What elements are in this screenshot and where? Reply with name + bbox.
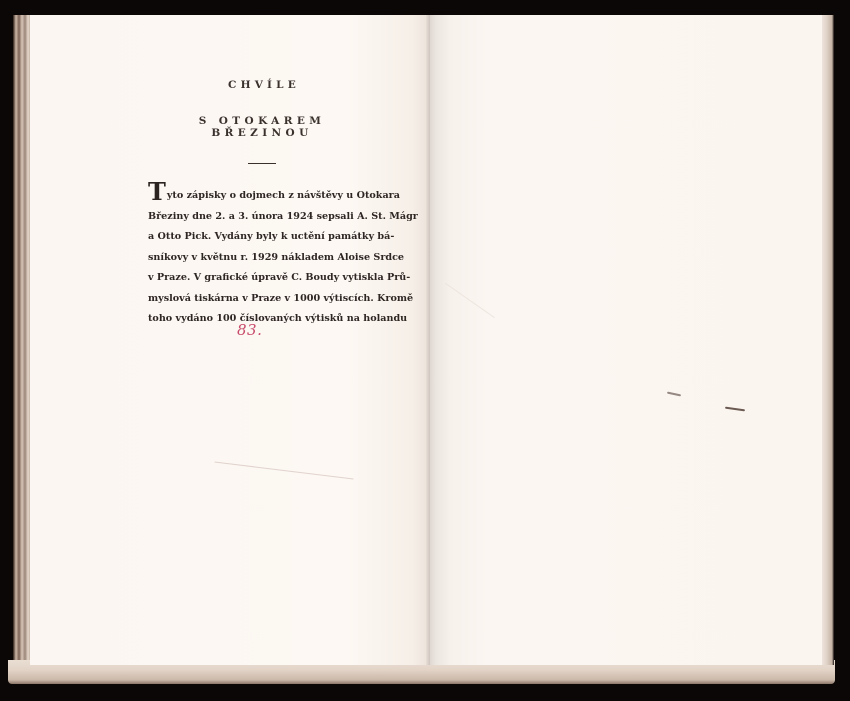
- page-block-edge-right: [820, 15, 834, 665]
- book-spread: CHVÍLE S OTOKAREM BŘEZINOU Tyto zápisky …: [0, 0, 850, 701]
- drop-cap: T: [148, 177, 166, 206]
- title-line-1: CHVÍLE: [148, 79, 376, 91]
- colophon-block: CHVÍLE S OTOKAREM BŘEZINOU Tyto zápisky …: [148, 75, 376, 330]
- colophon-line: v Praze. V grafické úpravě C. Boudy vyti…: [148, 268, 376, 289]
- book-gutter: [426, 15, 430, 665]
- colophon-line: Březiny dne 2. a 3. února 1924 sepsali A…: [148, 207, 376, 228]
- colophon-text: Tyto zápisky o dojmech z návštěvy u Otok…: [148, 184, 376, 330]
- title-divider-rule: [248, 163, 276, 164]
- title-line-2: S OTOKAREM BŘEZINOU: [148, 115, 376, 139]
- colophon-line: a Otto Pick. Vydány byly k uctění památk…: [148, 227, 376, 248]
- colophon-line: Tyto zápisky o dojmech z návštěvy u Otok…: [148, 184, 376, 207]
- handwritten-copy-number: 83.: [237, 321, 262, 339]
- right-page: [428, 15, 822, 665]
- colophon-line: sníkovy v květnu r. 1929 nákladem Aloise…: [148, 248, 376, 269]
- colophon-line: myslová tiskárna v Praze v 1000 výtiscíc…: [148, 289, 376, 310]
